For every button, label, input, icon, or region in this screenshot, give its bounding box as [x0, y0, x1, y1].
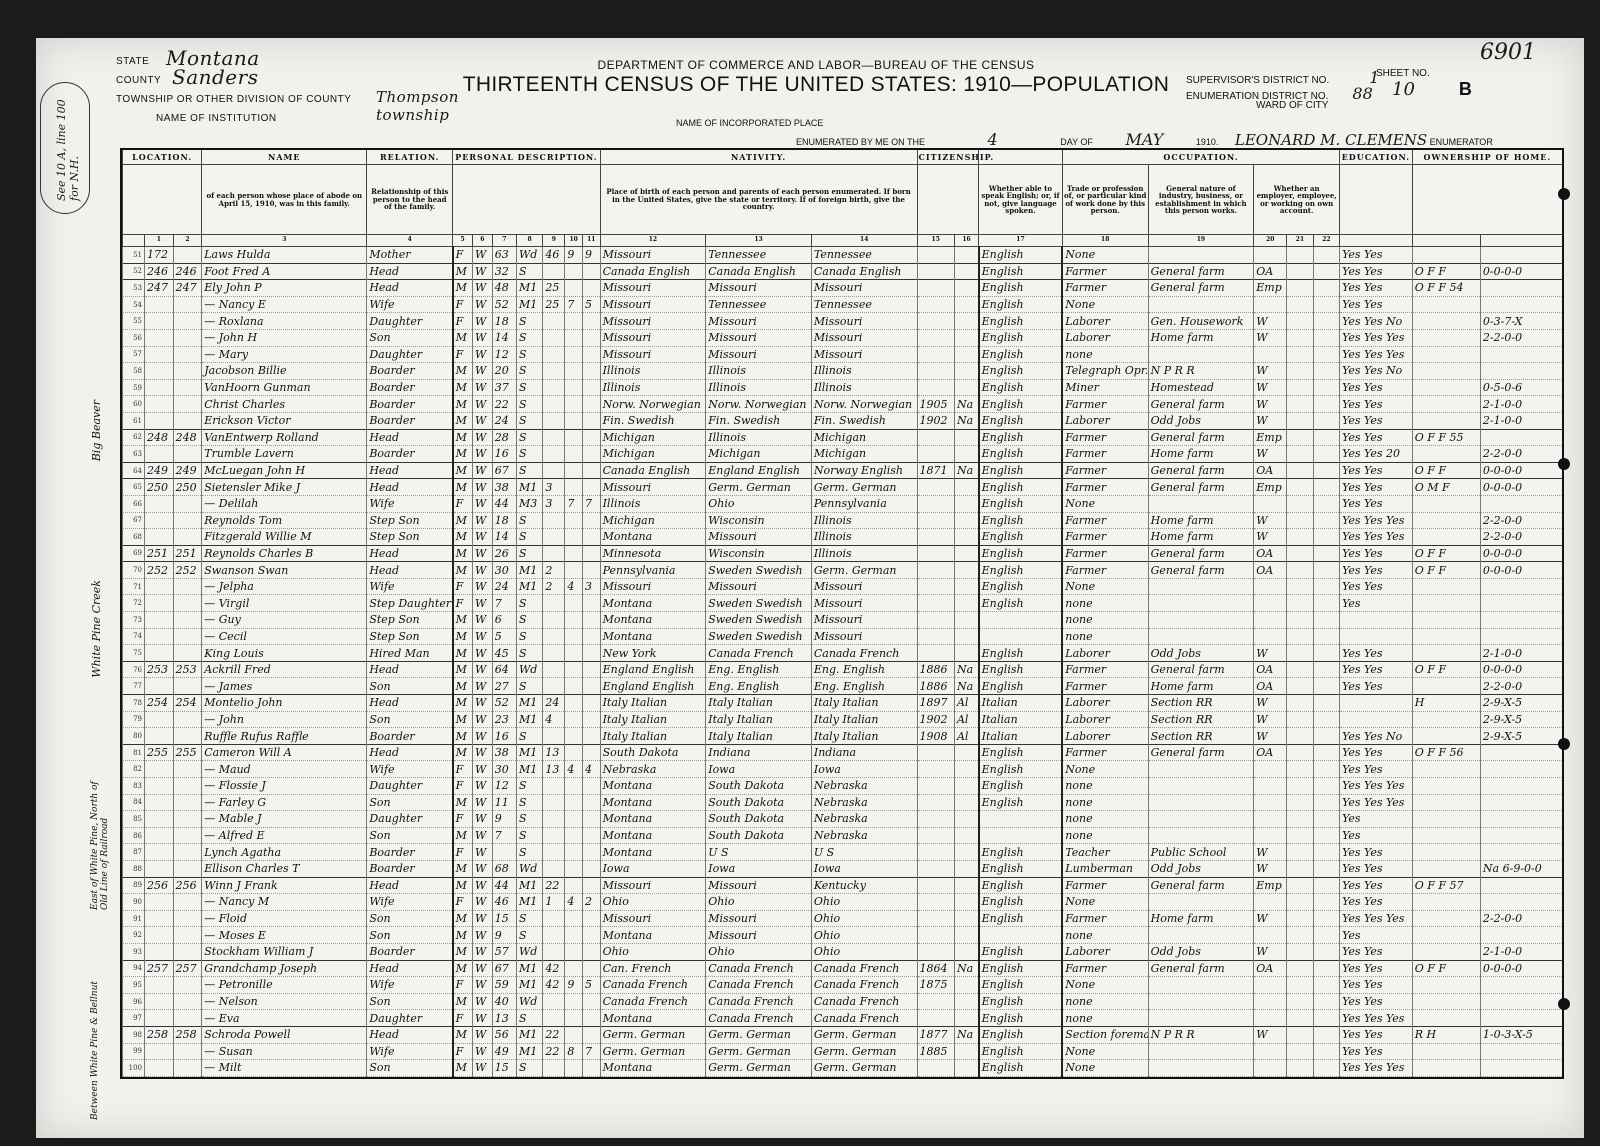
- cell-dwelling: [145, 794, 174, 811]
- cell-blank: [1313, 894, 1339, 911]
- cell-mother: Illinois: [811, 512, 917, 529]
- cell-farm: 2-1-0-0: [1480, 943, 1562, 960]
- cell-dwelling: [145, 628, 174, 645]
- personal-desc: [453, 165, 600, 235]
- cell-father: Eng. English: [706, 661, 812, 678]
- cell-birth: Missouri: [600, 280, 706, 297]
- cell-nat: [954, 993, 978, 1010]
- cell-marital: M1: [516, 695, 542, 712]
- cell-immig: [917, 910, 954, 927]
- cell-marital: S: [516, 811, 542, 828]
- cell-industry: [1148, 761, 1254, 778]
- cell-sex: M: [453, 446, 473, 463]
- table-row: 86— Alfred ESonMW7SMontanaSouth DakotaNe…: [123, 827, 1563, 844]
- cell-nat: [954, 529, 978, 546]
- cell-family: [173, 363, 202, 380]
- cell-age: 37: [492, 379, 516, 396]
- col-15: 15: [917, 235, 954, 247]
- cell-lang: English: [979, 446, 1063, 463]
- cell-emp: W: [1254, 910, 1287, 927]
- cell-blank: [1313, 661, 1339, 678]
- cell-living: [582, 811, 600, 828]
- cell-blank: [1313, 778, 1339, 795]
- col-group-location: LOCATION.: [123, 150, 202, 165]
- cell-sex: F: [453, 778, 473, 795]
- cell-line: 94: [123, 960, 145, 977]
- cell-own: O F F 54: [1412, 280, 1480, 297]
- cell-blank: [1287, 977, 1313, 994]
- cell-family: 258: [173, 1026, 202, 1043]
- table-row: 81255255Cameron Will AHeadMW38M113South …: [123, 744, 1563, 761]
- cell-blank: [1313, 595, 1339, 612]
- cell-living: [582, 993, 600, 1010]
- cell-blank: [1313, 263, 1339, 280]
- cell-age: 16: [492, 446, 516, 463]
- cell-emp: W: [1254, 860, 1287, 877]
- cell-trade: None: [1062, 247, 1148, 264]
- cell-age: 22: [492, 396, 516, 413]
- cell-blank: [1287, 346, 1313, 363]
- cell-sex: F: [453, 495, 473, 512]
- cell-emp: OA: [1254, 545, 1287, 562]
- cell-own: [1412, 645, 1480, 662]
- cell-immig: [917, 628, 954, 645]
- cell-line: 81: [123, 744, 145, 761]
- cell-lang: English: [979, 379, 1063, 396]
- cell-relation: Wife: [367, 761, 453, 778]
- col-14: 14: [811, 235, 917, 247]
- cell-blank: [1313, 412, 1339, 429]
- table-row: 94257257Grandchamp JosephHeadMW67M142Can…: [123, 960, 1563, 977]
- cell-emp: [1254, 1060, 1287, 1077]
- cell-years: [543, 661, 565, 678]
- cell-own: [1412, 529, 1480, 546]
- cell-sex: M: [453, 396, 473, 413]
- col-group-occupation: OCCUPATION.: [1062, 150, 1339, 165]
- cell-mother: Missouri: [811, 578, 917, 595]
- cell-relation: Boarder: [367, 446, 453, 463]
- cell-sex: M: [453, 329, 473, 346]
- cell-birth: Canada French: [600, 993, 706, 1010]
- cell-age: 30: [492, 562, 516, 579]
- cell-lang: English: [979, 910, 1063, 927]
- cell-born: [565, 628, 583, 645]
- cell-own: [1412, 396, 1480, 413]
- cell-years: [543, 1010, 565, 1027]
- cell-lang: English: [979, 545, 1063, 562]
- cell-age: 6: [492, 612, 516, 629]
- cell-own: [1412, 827, 1480, 844]
- cell-relation: Step Son: [367, 628, 453, 645]
- cell-sex: M: [453, 612, 473, 629]
- cell-family: [173, 296, 202, 313]
- cell-immig: [917, 1010, 954, 1027]
- cell-blank: [1313, 1043, 1339, 1060]
- cell-lang: Italian: [979, 695, 1063, 712]
- cell-blank: [1287, 728, 1313, 745]
- cell-birth: England English: [600, 661, 706, 678]
- cell-birth: Montana: [600, 794, 706, 811]
- cell-dwelling: [145, 512, 174, 529]
- cell-industry: Home farm: [1148, 512, 1254, 529]
- cell-industry: [1148, 977, 1254, 994]
- cell-dwelling: [145, 910, 174, 927]
- cell-born: [565, 678, 583, 695]
- cell-blank: [1287, 744, 1313, 761]
- cell-living: [582, 927, 600, 944]
- cell-born: 4: [565, 894, 583, 911]
- cell-nat: Na: [954, 678, 978, 695]
- cell-own: [1412, 346, 1480, 363]
- cell-mother: Missouri: [811, 280, 917, 297]
- cell-name: Winn J Frank: [202, 877, 367, 894]
- cell-living: 4: [582, 761, 600, 778]
- cell-age: 7: [492, 827, 516, 844]
- cell-immig: [917, 761, 954, 778]
- cell-race: W: [472, 977, 492, 994]
- cell-line: 85: [123, 811, 145, 828]
- cell-dwelling: 172: [145, 247, 174, 264]
- cell-immig: [917, 894, 954, 911]
- cell-born: [565, 661, 583, 678]
- cell-own: [1412, 811, 1480, 828]
- col-2: 2: [173, 235, 202, 247]
- cell-family: [173, 993, 202, 1010]
- cell-family: [173, 778, 202, 795]
- cell-name: Ackrill Fred: [202, 661, 367, 678]
- cell-years: [543, 628, 565, 645]
- cell-name: Ely John P: [202, 280, 367, 297]
- cell-sex: M: [453, 529, 473, 546]
- col-18: 18: [1062, 235, 1148, 247]
- cell-relation: Head: [367, 562, 453, 579]
- cell-blank: [1287, 296, 1313, 313]
- cell-farm: 0-0-0-0: [1480, 562, 1562, 579]
- cell-father: Germ. German: [706, 479, 812, 496]
- cell-industry: [1148, 811, 1254, 828]
- cell-age: 14: [492, 529, 516, 546]
- cell-father: Missouri: [706, 877, 812, 894]
- cell-relation: Wife: [367, 296, 453, 313]
- cell-father: Indiana: [706, 744, 812, 761]
- cell-relation: Step Son: [367, 612, 453, 629]
- cell-birth: Canada English: [600, 263, 706, 280]
- cell-mother: Canada English: [811, 263, 917, 280]
- cell-trade: Farmer: [1062, 263, 1148, 280]
- cell-race: W: [472, 778, 492, 795]
- cell-years: 22: [543, 877, 565, 894]
- cell-dwelling: [145, 446, 174, 463]
- cell-marital: M3: [516, 495, 542, 512]
- education-desc: [1340, 165, 1413, 235]
- language-desc: Whether able to speak English; or, if no…: [979, 165, 1063, 235]
- cell-marital: Wd: [516, 661, 542, 678]
- table-row: 57— MaryDaughterFW12SMissouriMissouriMis…: [123, 346, 1563, 363]
- cell-blank: [1287, 329, 1313, 346]
- cell-years: [543, 844, 565, 861]
- cell-age: 45: [492, 645, 516, 662]
- cell-trade: None: [1062, 296, 1148, 313]
- cell-name: — John H: [202, 329, 367, 346]
- cell-immig: [917, 877, 954, 894]
- cell-sex: M: [453, 678, 473, 695]
- cell-nat: [954, 844, 978, 861]
- col-group-ownership: OWNERSHIP OF HOME.: [1412, 150, 1562, 165]
- cell-trade: none: [1062, 595, 1148, 612]
- cell-father: Fin. Swedish: [706, 412, 812, 429]
- cell-dwelling: [145, 1060, 174, 1077]
- cell-industry: Odd Jobs: [1148, 860, 1254, 877]
- cell-lang: English: [979, 877, 1063, 894]
- cell-trade: Farmer: [1062, 396, 1148, 413]
- cell-birth: Missouri: [600, 877, 706, 894]
- cell-race: W: [472, 811, 492, 828]
- cell-lang: English: [979, 462, 1063, 479]
- col-12: 12: [600, 235, 706, 247]
- cell-family: [173, 1060, 202, 1077]
- cell-relation: Boarder: [367, 728, 453, 745]
- cell-farm: [1480, 612, 1562, 629]
- cell-blank: [1313, 1026, 1339, 1043]
- cell-relation: Boarder: [367, 363, 453, 380]
- sheet-side: B: [1459, 79, 1472, 99]
- cell-line: 64: [123, 462, 145, 479]
- cell-read: Yes Yes: [1340, 412, 1413, 429]
- cell-industry: Odd Jobs: [1148, 943, 1254, 960]
- sheet-stamp-number: 6901: [1480, 40, 1536, 65]
- cell-lang: [979, 612, 1063, 629]
- cell-mother: Germ. German: [811, 562, 917, 579]
- cell-mother: Fin. Swedish: [811, 412, 917, 429]
- cell-emp: W: [1254, 529, 1287, 546]
- cell-line: 61: [123, 412, 145, 429]
- cell-nat: [954, 827, 978, 844]
- cell-marital: S: [516, 396, 542, 413]
- cell-own: [1412, 761, 1480, 778]
- cell-nat: [954, 313, 978, 330]
- cell-race: W: [472, 628, 492, 645]
- cell-read: Yes Yes: [1340, 744, 1413, 761]
- cell-dwelling: [145, 761, 174, 778]
- cell-years: 13: [543, 744, 565, 761]
- cell-race: W: [472, 578, 492, 595]
- cell-blank: [1313, 280, 1339, 297]
- cell-born: [565, 844, 583, 861]
- cell-line: 55: [123, 313, 145, 330]
- cell-mother: Iowa: [811, 761, 917, 778]
- cell-emp: W: [1254, 363, 1287, 380]
- cell-born: [565, 363, 583, 380]
- cell-emp: [1254, 578, 1287, 595]
- header-left: StateMontana CountySanders Township or o…: [116, 56, 351, 132]
- cell-living: 5: [582, 977, 600, 994]
- cell-dwelling: [145, 811, 174, 828]
- cell-living: 7: [582, 1043, 600, 1060]
- cell-own: O F F: [1412, 960, 1480, 977]
- cell-dwelling: [145, 977, 174, 994]
- cell-name: — Guy: [202, 612, 367, 629]
- cell-trade: Farmer: [1062, 512, 1148, 529]
- cell-father: Germ. German: [706, 1026, 812, 1043]
- cell-name: — Mable J: [202, 811, 367, 828]
- table-row: 71— JelphaWifeFW24M1243MissouriMissouriM…: [123, 578, 1563, 595]
- cell-line: 62: [123, 429, 145, 446]
- cell-marital: S: [516, 529, 542, 546]
- cell-nat: Na: [954, 462, 978, 479]
- cell-own: O F F: [1412, 263, 1480, 280]
- cell-mother: Tennessee: [811, 247, 917, 264]
- cell-living: [582, 479, 600, 496]
- cell-family: [173, 396, 202, 413]
- cell-line: 52: [123, 263, 145, 280]
- cell-immig: 1897: [917, 695, 954, 712]
- cell-sex: F: [453, 761, 473, 778]
- cell-living: [582, 778, 600, 795]
- cell-industry: Section RR: [1148, 711, 1254, 728]
- cell-blank: [1313, 612, 1339, 629]
- cell-born: [565, 512, 583, 529]
- cell-mother: U S: [811, 844, 917, 861]
- cell-marital: M1: [516, 977, 542, 994]
- cell-living: [582, 943, 600, 960]
- cell-lang: Italian: [979, 728, 1063, 745]
- table-row: 59VanHoorn GunmanBoarderMW37SIllinoisIll…: [123, 379, 1563, 396]
- cell-living: [582, 960, 600, 977]
- cell-marital: S: [516, 910, 542, 927]
- cell-age: 26: [492, 545, 516, 562]
- cell-blank: [1287, 363, 1313, 380]
- cell-family: [173, 446, 202, 463]
- cell-industry: [1148, 247, 1254, 264]
- cell-family: [173, 678, 202, 695]
- cell-read: [1340, 711, 1413, 728]
- cell-lang: English: [979, 313, 1063, 330]
- cell-own: [1412, 927, 1480, 944]
- cell-lang: English: [979, 1026, 1063, 1043]
- cell-family: [173, 247, 202, 264]
- cell-own: [1412, 412, 1480, 429]
- cell-birth: Missouri: [600, 910, 706, 927]
- cell-own: [1412, 296, 1480, 313]
- cell-years: 2: [543, 562, 565, 579]
- cell-industry: [1148, 595, 1254, 612]
- col-10: 10: [565, 235, 583, 247]
- cell-family: [173, 977, 202, 994]
- cell-nat: [954, 877, 978, 894]
- county-label: County: [116, 75, 161, 86]
- cell-living: [582, 794, 600, 811]
- cell-birth: Montana: [600, 628, 706, 645]
- cell-race: W: [472, 910, 492, 927]
- cell-birth: Michigan: [600, 512, 706, 529]
- cell-age: 59: [492, 977, 516, 994]
- cell-nat: Na: [954, 396, 978, 413]
- cell-emp: [1254, 977, 1287, 994]
- cell-relation: Head: [367, 744, 453, 761]
- cell-mother: Missouri: [811, 595, 917, 612]
- cell-emp: [1254, 778, 1287, 795]
- cell-emp: [1254, 827, 1287, 844]
- cell-farm: [1480, 993, 1562, 1010]
- table-row: 70252252Swanson SwanHeadMW30M12Pennsylva…: [123, 562, 1563, 579]
- cell-born: 7: [565, 296, 583, 313]
- cell-family: [173, 329, 202, 346]
- cell-industry: General farm: [1148, 396, 1254, 413]
- table-row: 84— Farley GSonMW11SMontanaSouth DakotaN…: [123, 794, 1563, 811]
- cell-years: 4: [543, 711, 565, 728]
- cell-relation: Boarder: [367, 396, 453, 413]
- cell-mother: Nebraska: [811, 827, 917, 844]
- industry-desc: General nature of industry, business, or…: [1148, 165, 1254, 235]
- cell-born: [565, 860, 583, 877]
- cell-emp: W: [1254, 313, 1287, 330]
- cell-born: [565, 280, 583, 297]
- cell-family: [173, 645, 202, 662]
- cell-age: 56: [492, 1026, 516, 1043]
- cell-own: [1412, 595, 1480, 612]
- cell-immig: [917, 993, 954, 1010]
- table-row: 69251251Reynolds Charles BHeadMW26SMinne…: [123, 545, 1563, 562]
- cell-name: — Nancy M: [202, 894, 367, 911]
- cell-family: 252: [173, 562, 202, 579]
- cell-family: 253: [173, 661, 202, 678]
- cell-family: [173, 943, 202, 960]
- cell-birth: Missouri: [600, 313, 706, 330]
- cell-nat: [954, 562, 978, 579]
- cell-born: [565, 379, 583, 396]
- cell-father: Iowa: [706, 761, 812, 778]
- cell-lang: English: [979, 894, 1063, 911]
- cell-dwelling: [145, 412, 174, 429]
- cell-sex: M: [453, 877, 473, 894]
- table-row: 75King LouisHired ManMW45SNew YorkCanada…: [123, 645, 1563, 662]
- cell-immig: [917, 512, 954, 529]
- cell-blank: [1287, 1060, 1313, 1077]
- cell-line: 83: [123, 778, 145, 795]
- cell-years: 42: [543, 977, 565, 994]
- cell-mother: Missouri: [811, 313, 917, 330]
- cell-mother: Iowa: [811, 860, 917, 877]
- cell-marital: M1: [516, 296, 542, 313]
- sheet-number-box: Sheet No. 10B: [1376, 68, 1472, 100]
- cell-marital: S: [516, 678, 542, 695]
- cell-marital: S: [516, 827, 542, 844]
- cell-read: Yes Yes: [1340, 943, 1413, 960]
- cell-sex: M: [453, 429, 473, 446]
- cell-own: [1412, 678, 1480, 695]
- cell-relation: Son: [367, 1060, 453, 1077]
- year: 1910.: [1196, 137, 1219, 147]
- cell-industry: General farm: [1148, 545, 1254, 562]
- cell-born: [565, 562, 583, 579]
- cell-mother: Germ. German: [811, 1060, 917, 1077]
- cell-years: 25: [543, 296, 565, 313]
- cell-marital: M1: [516, 1043, 542, 1060]
- cell-family: 257: [173, 960, 202, 977]
- cell-mother: Missouri: [811, 346, 917, 363]
- cell-nat: [954, 479, 978, 496]
- cell-name: Sietensler Mike J: [202, 479, 367, 496]
- cell-read: Yes Yes 20: [1340, 446, 1413, 463]
- cell-race: W: [472, 396, 492, 413]
- cell-marital: S: [516, 927, 542, 944]
- cell-living: [582, 678, 600, 695]
- cell-sex: F: [453, 811, 473, 828]
- cell-sex: M: [453, 363, 473, 380]
- cell-living: [582, 844, 600, 861]
- cell-blank: [1287, 529, 1313, 546]
- cell-birth: New York: [600, 645, 706, 662]
